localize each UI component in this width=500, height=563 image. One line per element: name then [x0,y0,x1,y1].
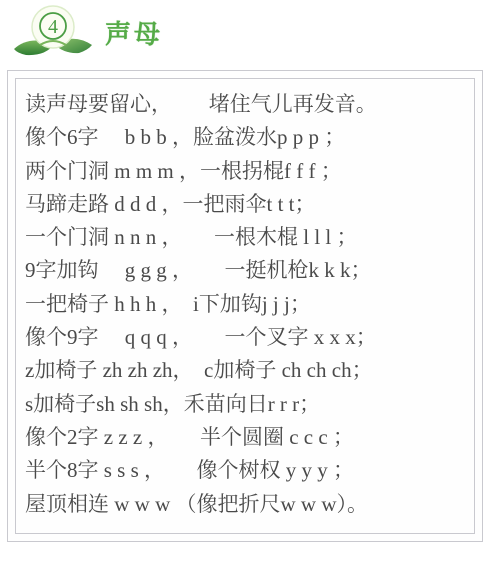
poem-line: 9字加钩 g g g ， 一挺机枪k k k； [25,254,468,287]
poem-line: 像个2字 z z z ， 半个圆圈 c c c ； [25,421,468,454]
poem-line: 像个9字 q q q ， 一个叉字 x x x； [25,321,468,354]
poem-line: s加椅子sh sh sh，禾苗向日r r r； [25,388,468,421]
poem-line: z加椅子 zh zh zh， c加椅子 ch ch ch； [25,354,468,387]
poem-line: 两个门洞 m m m ，一根拐棍f f f ； [25,155,468,188]
poem-frame-outer: 读声母要留心， 堵住气儿再发音。 像个6字 b b b ，脸盆泼水p p p ；… [7,70,483,542]
poem-frame-inner: 读声母要留心， 堵住气儿再发音。 像个6字 b b b ，脸盆泼水p p p ；… [15,78,475,534]
poem-line: 一把椅子 h h h ， i下加钩j j j； [25,288,468,321]
sprout-badge-icon: 4 [13,2,93,60]
poem-line: 读声母要留心， 堵住气儿再发音。 [25,88,468,121]
header: 4 声母 [0,0,500,62]
badge-number: 4 [48,16,58,38]
poem-line: 一个门洞 n n n ， 一根木棍 l l l ； [25,221,468,254]
poem-line: 屋顶相连 w w w （像把折尺w w w）。 [25,488,468,521]
poem-line: 像个6字 b b b ，脸盆泼水p p p ； [25,121,468,154]
page-title: 声母 [105,14,163,51]
poem-line: 马蹄走路 d d d ，一把雨伞t t t； [25,188,468,221]
poem-line: 半个8字 s s s ， 像个树权 y y y ； [25,454,468,487]
